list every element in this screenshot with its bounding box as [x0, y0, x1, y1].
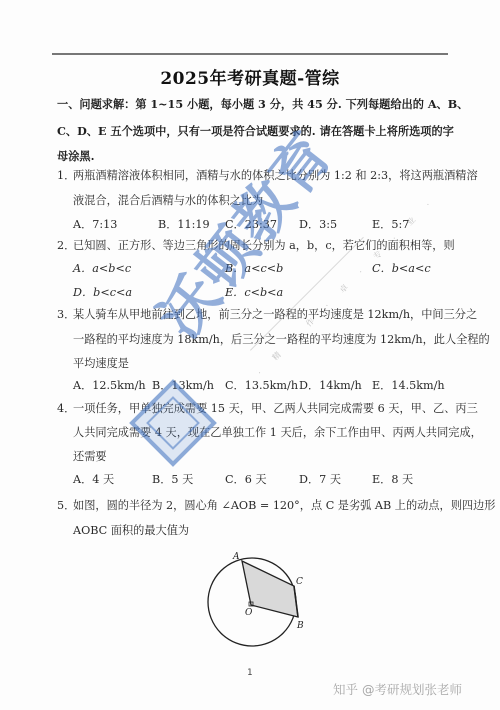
question-text-line: 平均速度是	[73, 355, 129, 371]
option-e: E．c<b<a	[225, 284, 283, 300]
circle-quadrilateral-figure: A C B O	[195, 545, 315, 660]
option-c: C．23:37	[225, 216, 277, 232]
section-heading-line-1: 一、问题求解：第 1~15 小题，每小题 3 分，共 45 分. 下列每题给出的…	[57, 96, 468, 112]
question-text-line: 还需要	[73, 448, 107, 464]
header-rule	[52, 53, 448, 55]
option-a: A．4 天	[73, 471, 114, 487]
option-b: B．13km/h	[152, 377, 214, 393]
page-number: 1	[247, 668, 252, 678]
question-text-line: 已知圆、正方形、等边三角形的周长分别为 a，b，c，若它们的面积相等，则	[73, 237, 455, 253]
option-d: D．7 天	[299, 471, 341, 487]
question-text-line: 两瓶酒精溶液体积相同，酒精与水的体积之比分别为 1:2 和 2:3，将这两瓶酒精…	[73, 167, 478, 183]
option-d: D．14km/h	[299, 377, 362, 393]
question-text-line: 一项任务，甲单独完成需要 15 天，甲、乙两人共同完成需要 6 天，甲、乙、丙三	[73, 400, 478, 416]
geometry-diagram-icon: A C B O	[195, 545, 315, 660]
option-a: A．7:13	[73, 216, 117, 232]
option-a: A．a<b<c	[73, 260, 131, 276]
option-c: C．b<a<c	[372, 260, 431, 276]
question-text-line: 一路程的平均速度为 18km/h，后三分之一路程的平均速度为 12km/h，此人…	[73, 331, 490, 347]
question-text-line: 液混合，混合后酒精与水的体积之比为	[73, 192, 263, 208]
option-d: D．b<c<a	[73, 284, 132, 300]
source-credit: 知乎 @考研规划张老师	[333, 680, 462, 698]
option-d: D．3:5	[299, 216, 337, 232]
section-heading-line-2: C、D、E 五个选项中，只有一项是符合试题要求的. 请在答题卡上将所选项的字	[57, 123, 454, 139]
option-c: C．13.5km/h	[225, 377, 298, 393]
option-e: E．5:7	[372, 216, 409, 232]
question-text-line: 如图，圆的半径为 2，圆心角 ∠AOB = 120°，点 C 是劣弧 AB 上的…	[73, 497, 495, 513]
page-title: 2025年考研真题-管综	[0, 64, 500, 89]
question-text-line: 某人骑车从甲地前往到乙地，前三分之一路程的平均速度是 12km/h，中间三分之	[73, 306, 477, 322]
svg-text:C: C	[296, 577, 303, 587]
exam-page: 2025年考研真题-管综 一、问题求解：第 1~15 小题，每小题 3 分，共 …	[0, 0, 500, 710]
option-b: B．5 天	[152, 471, 193, 487]
svg-text:A: A	[232, 552, 240, 562]
option-e: E．14.5km/h	[372, 377, 445, 393]
option-c: C．6 天	[225, 471, 267, 487]
question-text-line: 人共同完成需要 4 天，现在乙单独工作 1 天后，余下工作由甲、丙两人共同完成，	[73, 424, 482, 440]
question-text-line: AOBC 面积的最大值为	[73, 522, 189, 538]
svg-text:B: B	[296, 621, 304, 631]
option-e: E．8 天	[372, 471, 413, 487]
svg-text:O: O	[245, 608, 253, 618]
option-a: A．12.5km/h	[73, 377, 146, 393]
option-b: B．a<c<b	[225, 260, 283, 276]
option-b: B．11:19	[158, 216, 210, 232]
section-heading-line-3: 母涂黑.	[57, 148, 94, 164]
